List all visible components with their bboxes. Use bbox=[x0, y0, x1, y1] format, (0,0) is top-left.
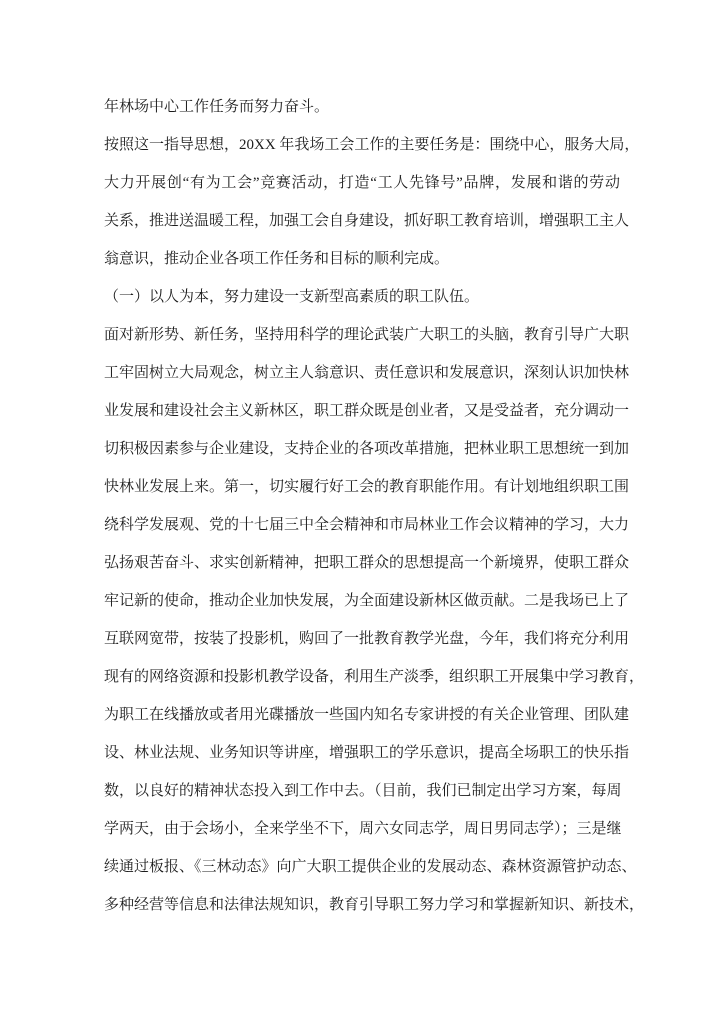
text-line: 弘扬艰苦奋斗、求实创新精神，把职工群众的思想提高一个新境界，使职工群众 bbox=[104, 544, 620, 582]
text-line: 切积极因素参与企业建设，支持企业的各项改革措施，把林业职工思想统一到加 bbox=[104, 430, 620, 468]
text-line: 快林业发展上来。第一，切实履行好工会的教育职能作用。有计划地组织职工围 bbox=[104, 468, 620, 506]
text-line: 工牢固树立大局观念，树立主人翁意识、责任意识和发展意识，深刻认识加快林 bbox=[104, 354, 620, 392]
text-line: 互联网宽带，按装了投影机，购回了一批教育教学光盘，今年，我们将充分利用 bbox=[104, 620, 620, 658]
text-line: 牢记新的使命，推动企业加快发展，为全面建设新林区做贡献。二是我场已上了 bbox=[104, 582, 620, 620]
text-line: 关系，推进送温暖工程，加强工会自身建设，抓好职工教育培训，增强职工主人 bbox=[104, 202, 620, 240]
text-line: 学两天，由于会场小，全来学坐不下，周六女同志学，周日男同志学）；三是继 bbox=[104, 810, 620, 848]
text-line: 多种经营等信息和法律法规知识，教育引导职工努力学习和掌握新知识、新技术， bbox=[104, 886, 620, 924]
text-line: 绕科学发展观、党的十七届三中全会精神和市局林业工作会议精神的学习，大力 bbox=[104, 506, 620, 544]
text-line: 业发展和建设社会主义新林区，职工群众既是创业者，又是受益者，充分调动一 bbox=[104, 392, 620, 430]
text-line: （一）以人为本，努力建设一支新型高素质的职工队伍。 bbox=[104, 278, 620, 316]
text-line: 按照这一指导思想，20XX 年我场工会工作的主要任务是：围绕中心，服务大局， bbox=[104, 126, 620, 164]
text-line: 数，以良好的精神状态投入到工作中去。（目前，我们已制定出学习方案，每周 bbox=[104, 772, 620, 810]
text-line: 大力开展创“有为工会”竞赛活动，打造“工人先锋号”品牌，发展和谐的劳动 bbox=[104, 164, 620, 202]
text-line: 现有的网络资源和投影机教学设备，利用生产淡季，组织职工开展集中学习教育， bbox=[104, 658, 620, 696]
text-body: 年林场中心工作任务而努力奋斗。 按照这一指导思想，20XX 年我场工会工作的主要… bbox=[104, 88, 620, 924]
text-line: 面对新形势、新任务，坚持用科学的理论武装广大职工的头脑，教育引导广大职 bbox=[104, 316, 620, 354]
text-line: 年林场中心工作任务而努力奋斗。 bbox=[104, 88, 620, 126]
text-line: 为职工在线播放或者用光碟播放一些国内知名专家讲授的有关企业管理、团队建 bbox=[104, 696, 620, 734]
document-page: 年林场中心工作任务而努力奋斗。 按照这一指导思想，20XX 年我场工会工作的主要… bbox=[0, 0, 721, 1020]
text-line: 翁意识，推动企业各项工作任务和目标的顺利完成。 bbox=[104, 240, 620, 278]
text-line: 续通过板报、《三林动态》向广大职工提供企业的发展动态、森林资源管护动态、 bbox=[104, 848, 620, 886]
text-line: 设、林业法规、业务知识等讲座，增强职工的学乐意识，提高全场职工的快乐指 bbox=[104, 734, 620, 772]
